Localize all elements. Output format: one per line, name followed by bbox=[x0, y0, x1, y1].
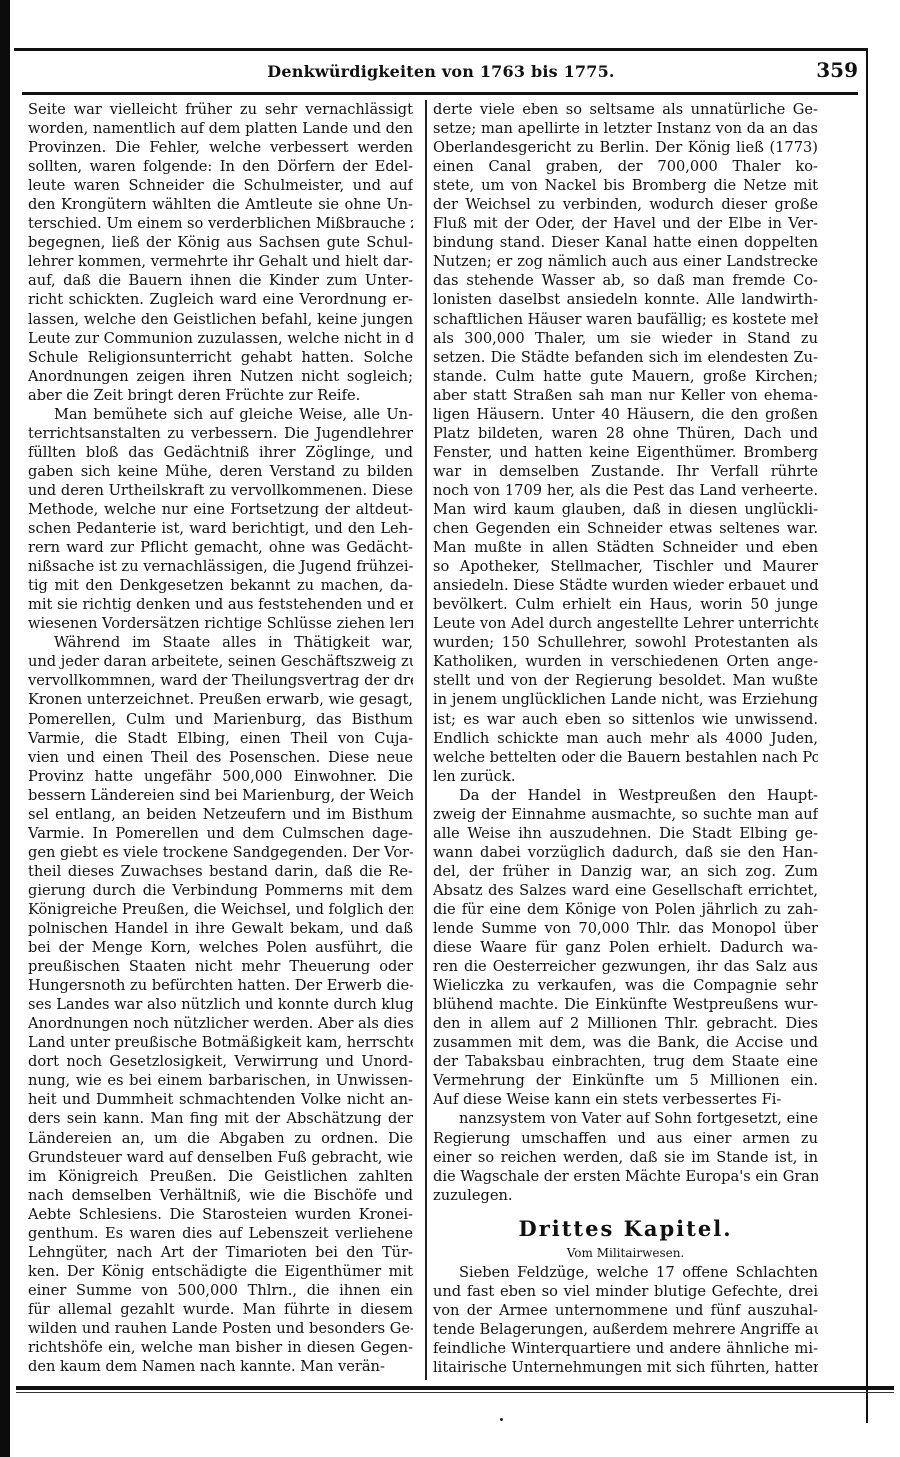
footer-rule-thin bbox=[16, 1392, 894, 1393]
text-line: Fenster, und hatten keine Eigenthümer. B… bbox=[433, 443, 818, 462]
text-line: lende Summe von 70,000 Thlr. das Monopol… bbox=[433, 919, 818, 938]
text-line: einen Canal graben, der 700,000 Thaler k… bbox=[433, 157, 818, 176]
text-line: Während im Staate alles in Thätigkeit wa… bbox=[28, 633, 413, 652]
text-line: terschied. Um einem so verderblichen Miß… bbox=[28, 214, 413, 233]
text-line: Vermehrung der Einkünfte um 5 Millionen … bbox=[433, 1071, 818, 1090]
text-line: Leute von Adel durch angestellte Lehrer … bbox=[433, 614, 818, 633]
text-line: Oberlandesgericht zu Berlin. Der König l… bbox=[433, 138, 818, 157]
text-line: wilden und rauhen Lande Posten und beson… bbox=[28, 1319, 413, 1338]
text-line: Platz bildeten, waren 28 ohne Thüren, Da… bbox=[433, 424, 818, 443]
text-line: gierung durch die Verbindung Pommerns mi… bbox=[28, 881, 413, 900]
text-line: bindung stand. Dieser Kanal hatte einen … bbox=[433, 233, 818, 252]
text-line: nanzsystem von Vater auf Sohn fortgesetz… bbox=[433, 1109, 818, 1128]
text-line: wurden; 150 Schullehrer, sowohl Protesta… bbox=[433, 633, 818, 652]
text-line: ist; es war auch eben so sittenlos wie u… bbox=[433, 710, 818, 729]
text-line: lassen, welche den Geistlichen befahl, k… bbox=[28, 310, 413, 329]
text-line: einer Summe von 500,000 Thlrn., die ihne… bbox=[28, 1281, 413, 1300]
text-line: Nutzen; er zog nämlich auch aus einer La… bbox=[433, 252, 818, 271]
text-line: aber statt Straßen sah man nur Keller vo… bbox=[433, 386, 818, 405]
text-line: im Königreich Preußen. Die Geistlichen z… bbox=[28, 1167, 413, 1186]
chapter-subtitle: Vom Militairwesen. bbox=[433, 1243, 818, 1263]
text-line: Sieben Feldzüge, welche 17 offene Schlac… bbox=[433, 1263, 818, 1282]
text-line: auf, daß die Bauern ihnen die Kinder zum… bbox=[28, 271, 413, 290]
text-line: rern ward zur Pflicht gemacht, ohne was … bbox=[28, 538, 413, 557]
text-line: chen Gegenden ein Schneider etwas selten… bbox=[433, 519, 818, 538]
text-line: von der Armee unternommene und fünf ausz… bbox=[433, 1301, 818, 1320]
text-line: genthum. Es waren dies auf Lebenszeit ve… bbox=[28, 1224, 413, 1243]
text-line: schen Pedanterie ist, ward berichtigt, u… bbox=[28, 519, 413, 538]
text-line: nach demselben Verhältniß, wie die Bisch… bbox=[28, 1186, 413, 1205]
footer-rule bbox=[16, 1386, 894, 1390]
text-line: diese Waare für ganz Polen erhielt. Dadu… bbox=[433, 938, 818, 957]
text-line: derte viele eben so seltsame als unnatür… bbox=[433, 100, 818, 119]
text-line: Aebte Schlesiens. Die Starosteien wurden… bbox=[28, 1205, 413, 1224]
text-line: schaftlichen Häuser waren baufällig; es … bbox=[433, 310, 818, 329]
text-line: Anordnungen noch nützlicher werden. Aber… bbox=[28, 1014, 413, 1033]
text-line: bei der Menge Korn, welches Polen ausfüh… bbox=[28, 938, 413, 957]
text-line: vien und einen Theil des Posenschen. Die… bbox=[28, 748, 413, 767]
text-line: Katholiken, wurden in verschiedenen Orte… bbox=[433, 652, 818, 671]
text-line: richt schickten. Zugleich ward eine Vero… bbox=[28, 290, 413, 309]
text-line: setze; man apellirte in letzter Instanz … bbox=[433, 119, 818, 138]
text-line: in jenem unglücklichen Lande nicht, was … bbox=[433, 690, 818, 709]
text-line: setzen. Die Städte befanden sich im elen… bbox=[433, 348, 818, 367]
text-line: der Weichsel zu verbinden, wodurch diese… bbox=[433, 195, 818, 214]
text-line: Grundsteuer ward auf denselben Fuß gebra… bbox=[28, 1148, 413, 1167]
text-line: ders sein kann. Man fing mit der Abschät… bbox=[28, 1109, 413, 1128]
text-line: so Apotheker, Stellmacher, Tischler und … bbox=[433, 557, 818, 576]
text-line: Provinz hatte ungefähr 500,000 Einwohner… bbox=[28, 767, 413, 786]
text-line: heit und Dummheit schmachtenden Volke ni… bbox=[28, 1090, 413, 1109]
text-line: nißsache ist zu vernachlässigen, die Jug… bbox=[28, 557, 413, 576]
text-line: und jeder daran arbeitete, seinen Geschä… bbox=[28, 652, 413, 671]
text-line: del, der früher in Danzig war, an sich z… bbox=[433, 862, 818, 881]
text-line: noch von 1709 her, als die Pest das Land… bbox=[433, 481, 818, 500]
text-line: polnischen Handel in ihre Gewalt bekam, … bbox=[28, 919, 413, 938]
text-line: Absatz des Salzes ward eine Gesellschaft… bbox=[433, 881, 818, 900]
text-line: füllten bloß das Gedächtniß ihrer Zöglin… bbox=[28, 443, 413, 462]
text-line: den kaum dem Namen nach kannte. Man verä… bbox=[28, 1357, 413, 1376]
text-line: Man bemühete sich auf gleiche Weise, all… bbox=[28, 405, 413, 424]
text-line: bevölkert. Culm erhielt ein Haus, worin … bbox=[433, 595, 818, 614]
text-line: Schule Religionsunterricht gehabt hatten… bbox=[28, 348, 413, 367]
text-line: terrichtsanstalten zu verbessern. Die Ju… bbox=[28, 424, 413, 443]
text-line: lonisten daselbst ansiedeln konnte. Alle… bbox=[433, 290, 818, 309]
text-line: Hungersnoth zu befürchten hatten. Der Er… bbox=[28, 976, 413, 995]
text-line: Ländereien an, um die Abgaben zu ordnen.… bbox=[28, 1129, 413, 1148]
text-line: und fast eben so viel minder blutige Gef… bbox=[433, 1282, 818, 1301]
page-number: 359 bbox=[816, 58, 858, 82]
text-line: Fluß mit der Oder, der Havel und der Elb… bbox=[433, 214, 818, 233]
chapter-title: Drittes Kapitel. bbox=[433, 1215, 818, 1243]
text-line: Auf diese Weise kann ein stets verbesser… bbox=[433, 1090, 818, 1109]
text-line: len zurück. bbox=[433, 767, 818, 786]
text-line: welche bettelten oder die Bauern bestahl… bbox=[433, 748, 818, 767]
text-line: Wieliczka zu verkaufen, was die Compagni… bbox=[433, 976, 818, 995]
text-line: blühend machte. Die Einkünfte Westpreuße… bbox=[433, 995, 818, 1014]
text-line: ses Landes war also nützlich und konnte … bbox=[28, 995, 413, 1014]
scan-speck bbox=[500, 1418, 503, 1421]
right-column-body: derte viele eben so seltsame als unnatür… bbox=[433, 100, 818, 1205]
text-line: Land unter preußische Botmäßigkeit kam, … bbox=[28, 1033, 413, 1052]
text-line: für allemal gezahlt wurde. Man führte in… bbox=[28, 1300, 413, 1319]
text-line: Kronen unterzeichnet. Preußen erwarb, wi… bbox=[28, 690, 413, 709]
text-line: Seite war vielleicht früher zu sehr vern… bbox=[28, 100, 413, 119]
text-line: ansiedeln. Diese Städte wurden wieder er… bbox=[433, 576, 818, 595]
text-line: sel entlang, an beiden Netzeufern und im… bbox=[28, 805, 413, 824]
text-line: Varmie, die Stadt Elbing, einen Theil vo… bbox=[28, 729, 413, 748]
text-line: sollten, waren folgende: In den Dörfern … bbox=[28, 157, 413, 176]
text-line: ken. Der König entschädigte die Eigenthü… bbox=[28, 1262, 413, 1281]
text-line: vervollkommnen, ward der Theilungsvertra… bbox=[28, 671, 413, 690]
text-line: war in demselben Zustande. Ihr Verfall r… bbox=[433, 462, 818, 481]
text-line: einer so reichen werden, daß sie im Stan… bbox=[433, 1148, 818, 1167]
text-line: mit sie richtig denken und aus feststehe… bbox=[28, 595, 413, 614]
text-line: die Wagschale der ersten Mächte Europa's… bbox=[433, 1167, 818, 1186]
text-line: preußischen Staaten nicht mehr Theuerung… bbox=[28, 957, 413, 976]
column-divider bbox=[425, 100, 427, 1380]
text-line: zweig der Einnahme ausmachte, so suchte … bbox=[433, 805, 818, 824]
text-line: gaben sich keine Mühe, deren Verstand zu… bbox=[28, 462, 413, 481]
text-line: und deren Urtheilskraft zu vervollkommen… bbox=[28, 481, 413, 500]
text-line: Man wird kaum glauben, daß in diesen ung… bbox=[433, 500, 818, 519]
text-line: Regierung umschaffen und aus einer armen… bbox=[433, 1129, 818, 1148]
text-line: ligen Häusern. Unter 40 Häusern, die den… bbox=[433, 405, 818, 424]
text-line: Leute zur Communion zuzulassen, welche n… bbox=[28, 329, 413, 348]
text-line: leute waren Schneider die Schulmeister, … bbox=[28, 176, 413, 195]
text-line: Provinzen. Die Fehler, welche verbessert… bbox=[28, 138, 413, 157]
text-line: gen giebt es viele trockene Sandgegenden… bbox=[28, 843, 413, 862]
text-line: begegnen, ließ der König aus Sachsen gut… bbox=[28, 233, 413, 252]
text-line: feindliche Winterquartiere und andere äh… bbox=[433, 1339, 818, 1358]
text-line: Anordnungen zeigen ihren Nutzen nicht so… bbox=[28, 367, 413, 386]
text-line: lehrer kommen, vermehrte ihr Gehalt und … bbox=[28, 252, 413, 271]
text-line: tende Belagerungen, außerdem mehrere Ang… bbox=[433, 1320, 818, 1339]
page-header: Denkwürdigkeiten von 1763 bis 1775. 359 bbox=[20, 58, 862, 88]
text-line: Pomerellen, Culm und Marienburg, das Bis… bbox=[28, 710, 413, 729]
text-line: theil dieses Zuwachses bestand darin, da… bbox=[28, 862, 413, 881]
text-line: als 300,000 Thaler, um sie wieder in Sta… bbox=[433, 329, 818, 348]
header-rule bbox=[22, 92, 858, 95]
text-line: wiesenen Vordersätzen richtige Schlüsse … bbox=[28, 614, 413, 633]
text-line: wann dabei vorzüglich dadurch, daß sie d… bbox=[433, 843, 818, 862]
text-line: stande. Culm hatte gute Mauern, große Ki… bbox=[433, 367, 818, 386]
text-line: dort noch Gesetzlosigkeit, Verwirrung un… bbox=[28, 1052, 413, 1071]
text-line: ren die Oesterreicher gezwungen, ihr das… bbox=[433, 957, 818, 976]
text-line: nung, wie es bei einem barbarischen, in … bbox=[28, 1071, 413, 1090]
text-line: Methode, welche nur eine Fortsetzung der… bbox=[28, 500, 413, 519]
text-line: Lehngüter, nach Art der Timarioten bei d… bbox=[28, 1243, 413, 1262]
text-line: die für eine dem Könige von Polen jährli… bbox=[433, 900, 818, 919]
text-line: tig mit den Denkgesetzen bekannt zu mach… bbox=[28, 576, 413, 595]
text-line: der Tabaksbau einbrachten, trug dem Staa… bbox=[433, 1052, 818, 1071]
text-line: Da der Handel in Westpreußen den Haupt- bbox=[433, 786, 818, 805]
text-line: den in allem auf 2 Millionen Thlr. gebra… bbox=[433, 1014, 818, 1033]
right-column: derte viele eben so seltsame als unnatür… bbox=[433, 100, 818, 1377]
text-line: zusammen mit dem, was die Bank, die Acci… bbox=[433, 1033, 818, 1052]
left-column: Seite war vielleicht früher zu sehr vern… bbox=[28, 100, 413, 1376]
text-line: den Krongütern wählten die Amtleute sie … bbox=[28, 195, 413, 214]
text-line: Endlich schickte man auch mehr als 4000 … bbox=[433, 729, 818, 748]
text-line: aber die Zeit bringt deren Früchte zur R… bbox=[28, 386, 413, 405]
running-title: Denkwürdigkeiten von 1763 bis 1775. bbox=[20, 62, 862, 81]
text-line: Man mußte in allen Städten Schneider und… bbox=[433, 538, 818, 557]
scan-binding-edge bbox=[0, 0, 10, 1457]
text-line: alle Weise ihn auszudehnen. Die Stadt El… bbox=[433, 824, 818, 843]
text-line: bessern Ländereien sind bei Marienburg, … bbox=[28, 786, 413, 805]
text-line: zuzulegen. bbox=[433, 1186, 818, 1205]
text-line: worden, namentlich auf dem platten Lande… bbox=[28, 119, 413, 138]
text-line: litairische Unternehmungen mit sich führ… bbox=[433, 1358, 818, 1377]
text-line: das stehende Wasser ab, so daß man fremd… bbox=[433, 271, 818, 290]
chapter-body: Sieben Feldzüge, welche 17 offene Schlac… bbox=[433, 1263, 818, 1377]
text-line: richtshöfe ein, welche man bisher in die… bbox=[28, 1338, 413, 1357]
text-line: stellt und von der Regierung besoldet. M… bbox=[433, 671, 818, 690]
text-line: Königreiche Preußen, die Weichsel, und f… bbox=[28, 900, 413, 919]
text-line: Varmie. In Pomerellen und dem Culmschen … bbox=[28, 824, 413, 843]
text-line: stete, um von Nackel bis Bromberg die Ne… bbox=[433, 176, 818, 195]
